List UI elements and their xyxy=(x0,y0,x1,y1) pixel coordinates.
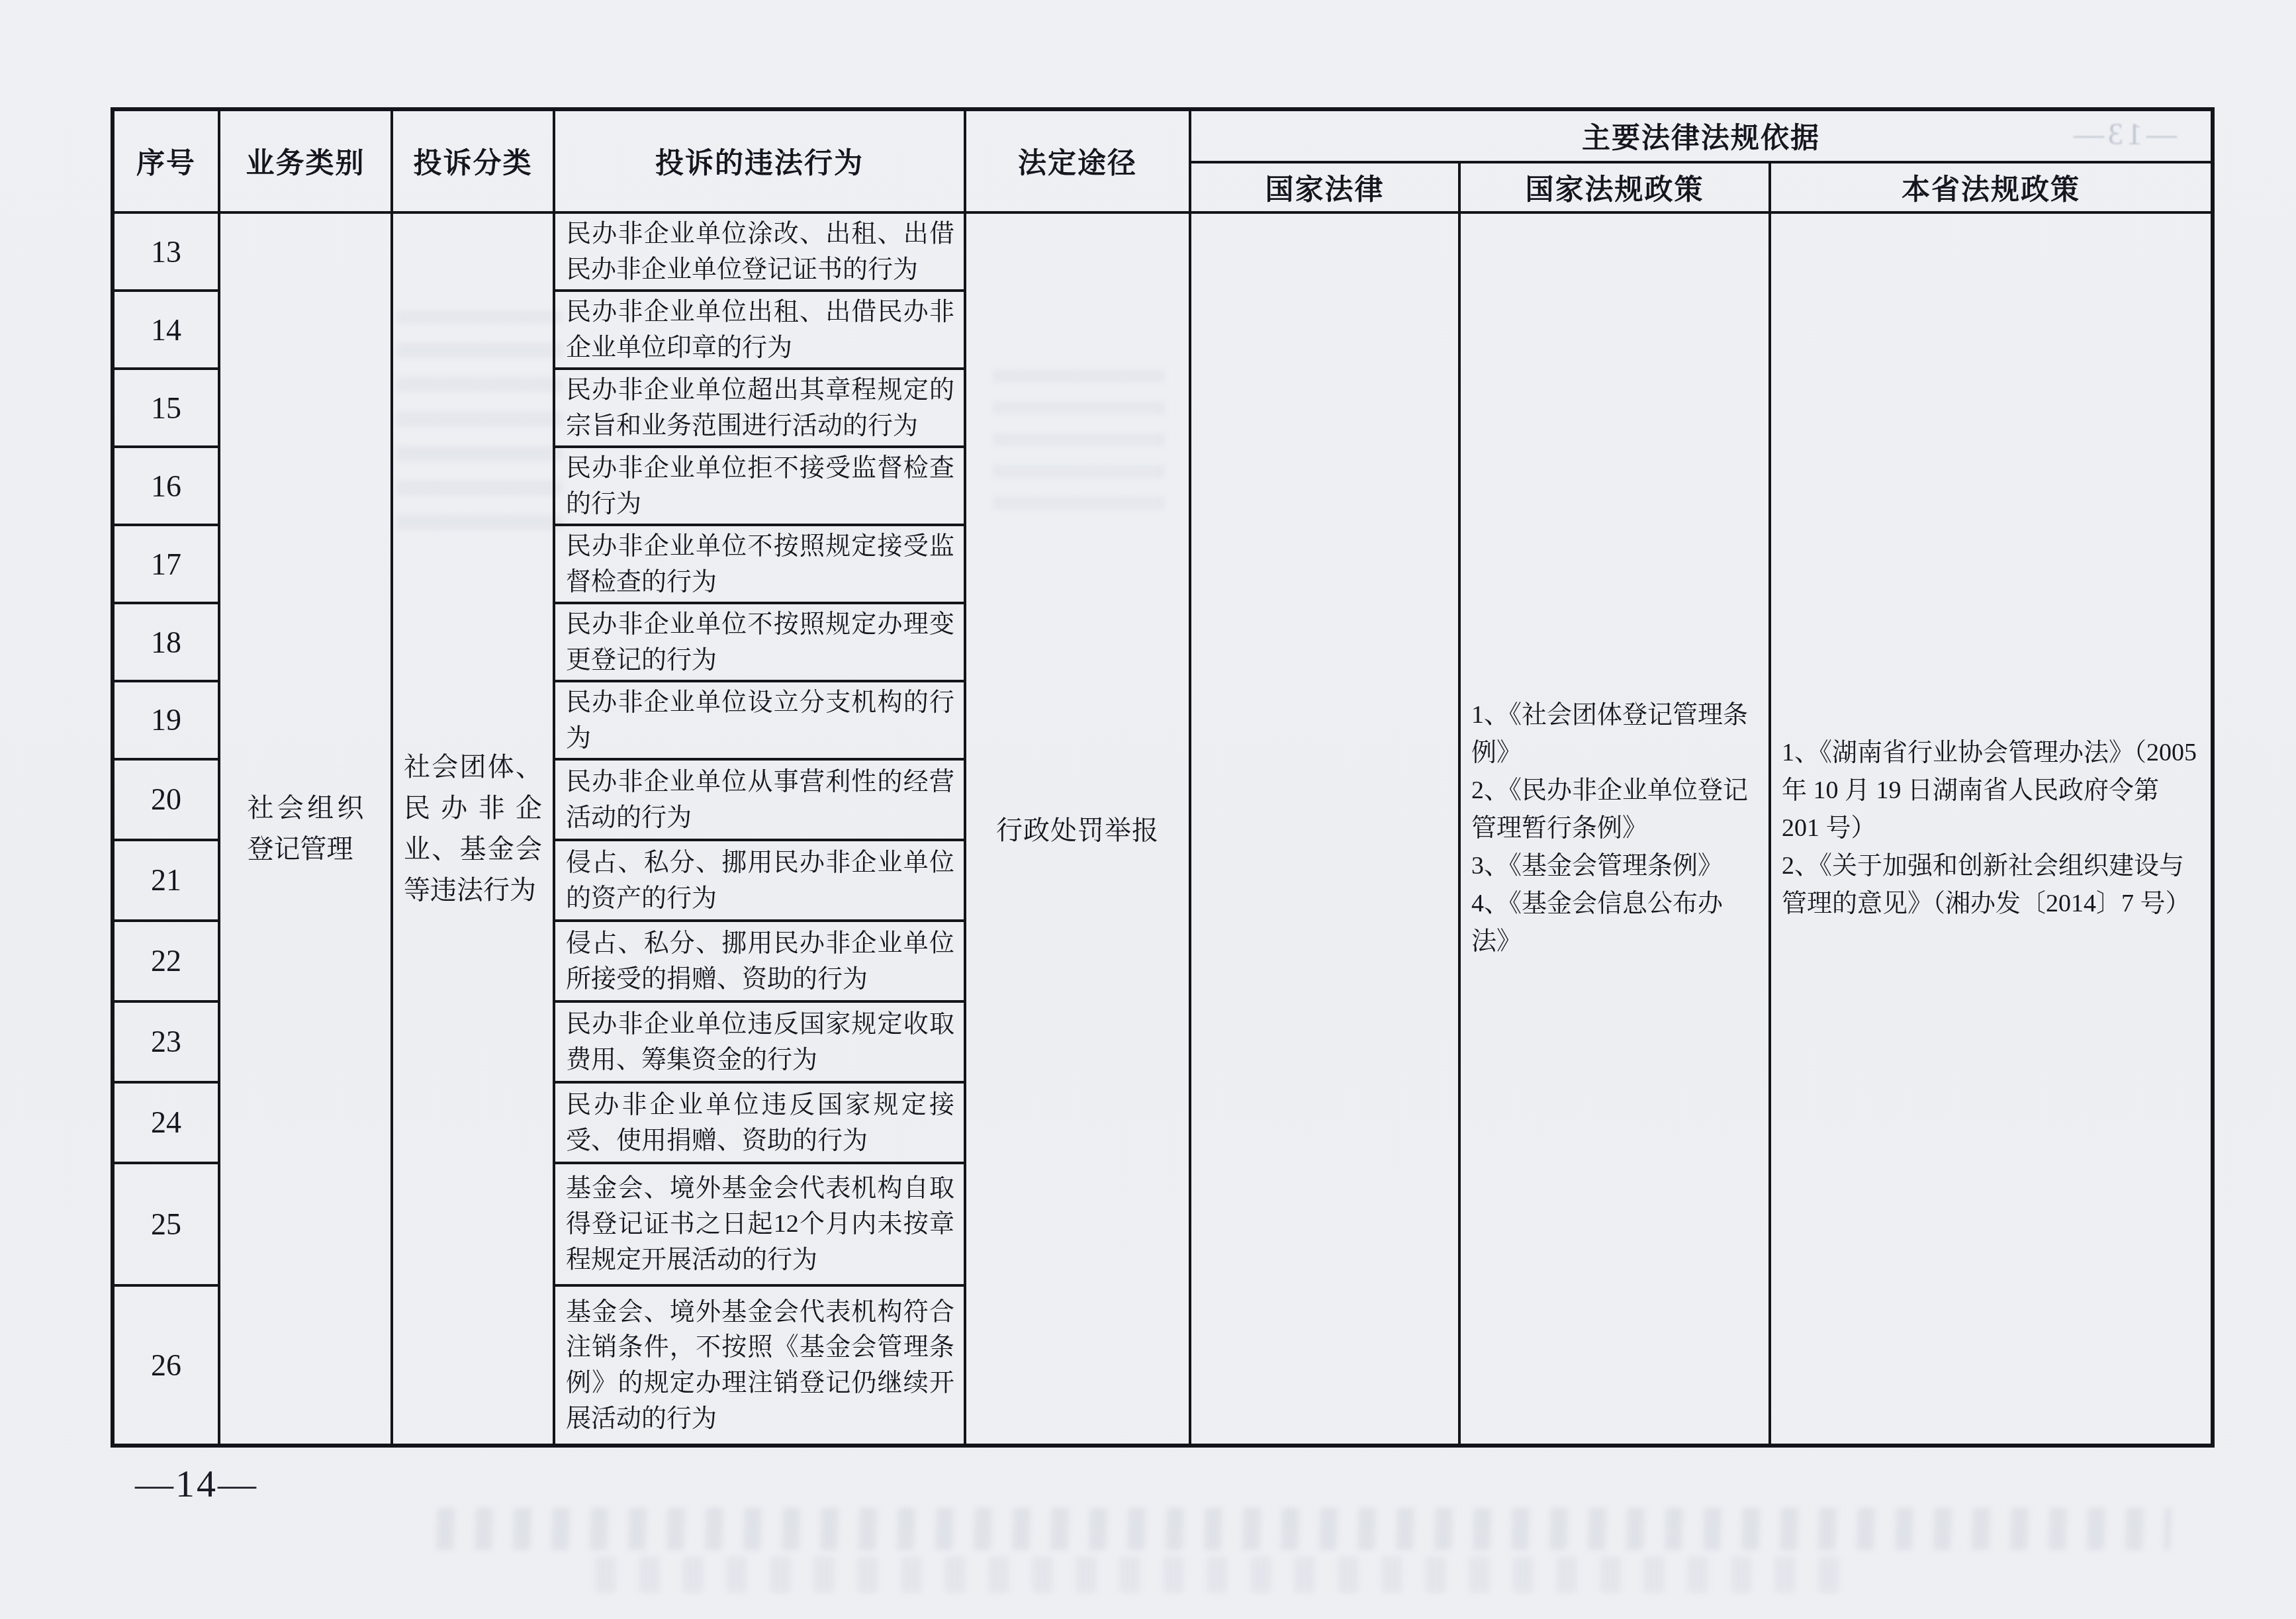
provincial-policy-cell: 1、《湖南省行业协会管理办法》（2005 年 10 月 19 日湖南省人民政府令… xyxy=(1770,212,2213,1446)
illegal-act-cell: 基金会、境外基金会代表机构自取得登记证书之日起12个月内未按章程规定开展活动的行… xyxy=(554,1163,965,1285)
illegal-act-cell: 民办非企业单位出租、出借民办非企业单位印章的行为 xyxy=(554,291,965,369)
bleedthrough-smudge xyxy=(436,1508,2172,1550)
serial-cell: 22 xyxy=(113,921,219,1001)
illegal-act-cell: 民办非企业单位从事营利性的经营活动的行为 xyxy=(554,759,965,840)
policy-item: 2、《关于加强和创新社会组织建设与管理的意见》（湘办发〔2014〕7 号） xyxy=(1782,847,2200,923)
complaint-class-label: 社会团体、民办非企业、基金会等违法行为 xyxy=(404,747,542,911)
page-number: —14— xyxy=(135,1461,258,1506)
header-illegal-act: 投诉的违法行为 xyxy=(554,109,965,212)
illegal-act-cell: 民办非企业单位超出其章程规定的宗旨和业务范围进行活动的行为 xyxy=(554,369,965,447)
scanned-document-page: —13— 序号 业务类别 投诉分类 投诉的违法行为 法定途径 主要法律法规依据 … xyxy=(0,0,2296,1619)
policy-item: 2、《民办非企业单位登记管理暂行条例》 xyxy=(1471,772,1758,847)
legal-channel-cell: 行政处罚举报 xyxy=(965,212,1190,1446)
complaint-class-cell: 社会团体、民办非企业、基金会等违法行为 xyxy=(392,212,554,1446)
illegal-act-cell: 民办非企业单位不按照规定办理变更登记的行为 xyxy=(554,603,965,681)
header-provincial-policy: 本省法规政策 xyxy=(1770,162,2213,212)
serial-cell: 24 xyxy=(113,1082,219,1163)
policy-item: 4、《基金会信息公布办法》 xyxy=(1471,885,1758,960)
bleedthrough-smudge xyxy=(596,1557,1853,1593)
policy-item: 3、《基金会管理条例》 xyxy=(1471,847,1758,885)
policy-item: 1、《湖南省行业协会管理办法》（2005 年 10 月 19 日湖南省人民政府令… xyxy=(1782,734,2200,847)
serial-cell: 26 xyxy=(113,1285,219,1446)
serial-cell: 14 xyxy=(113,291,219,369)
serial-cell: 16 xyxy=(113,447,219,525)
table-row: 13 社会组织登记管理 社会团体、民办非企业、基金会等违法行为 民办非企业单位涂… xyxy=(113,212,2213,291)
business-category-cell: 社会组织登记管理 xyxy=(219,212,392,1446)
serial-cell: 25 xyxy=(113,1163,219,1285)
illegal-act-cell: 侵占、私分、挪用民办非企业单位所接受的捐赠、资助的行为 xyxy=(554,921,965,1001)
serial-cell: 13 xyxy=(113,212,219,291)
illegal-act-cell: 民办非企业单位违反国家规定接受、使用捐赠、资助的行为 xyxy=(554,1082,965,1163)
illegal-act-cell: 基金会、境外基金会代表机构符合注销条件，不按照《基金会管理条例》的规定办理注销登… xyxy=(554,1285,965,1446)
business-category-label: 社会组织登记管理 xyxy=(248,788,364,870)
header-legal-channel: 法定途径 xyxy=(965,109,1190,212)
serial-cell: 20 xyxy=(113,759,219,840)
national-policy-cell: 1、《社会团体登记管理条例》 2、《民办非企业单位登记管理暂行条例》 3、《基金… xyxy=(1459,212,1770,1446)
serial-cell: 18 xyxy=(113,603,219,681)
header-complaint-class: 投诉分类 xyxy=(392,109,554,212)
serial-cell: 21 xyxy=(113,840,219,921)
illegal-act-cell: 民办非企业单位不按照规定接受监督检查的行为 xyxy=(554,525,965,603)
serial-cell: 19 xyxy=(113,681,219,759)
serial-cell: 15 xyxy=(113,369,219,447)
header-serial: 序号 xyxy=(113,109,219,212)
serial-cell: 23 xyxy=(113,1001,219,1082)
national-law-cell xyxy=(1190,212,1459,1446)
serial-cell: 17 xyxy=(113,525,219,603)
complaint-legal-basis-table: 序号 业务类别 投诉分类 投诉的违法行为 法定途径 主要法律法规依据 国家法律 … xyxy=(111,107,2215,1448)
header-national-policy: 国家法规政策 xyxy=(1459,162,1770,212)
header-legal-basis-group: 主要法律法规依据 xyxy=(1190,109,2213,162)
header-national-law: 国家法律 xyxy=(1190,162,1459,212)
illegal-act-cell: 民办非企业单位涂改、出租、出借民办非企业单位登记证书的行为 xyxy=(554,212,965,291)
policy-item: 1、《社会团体登记管理条例》 xyxy=(1471,696,1758,772)
illegal-act-cell: 民办非企业单位设立分支机构的行为 xyxy=(554,681,965,759)
illegal-act-cell: 民办非企业单位违反国家规定收取费用、筹集资金的行为 xyxy=(554,1001,965,1082)
header-business-category: 业务类别 xyxy=(219,109,392,212)
illegal-act-cell: 民办非企业单位拒不接受监督检查的行为 xyxy=(554,447,965,525)
illegal-act-cell: 侵占、私分、挪用民办非企业单位的资产的行为 xyxy=(554,840,965,921)
